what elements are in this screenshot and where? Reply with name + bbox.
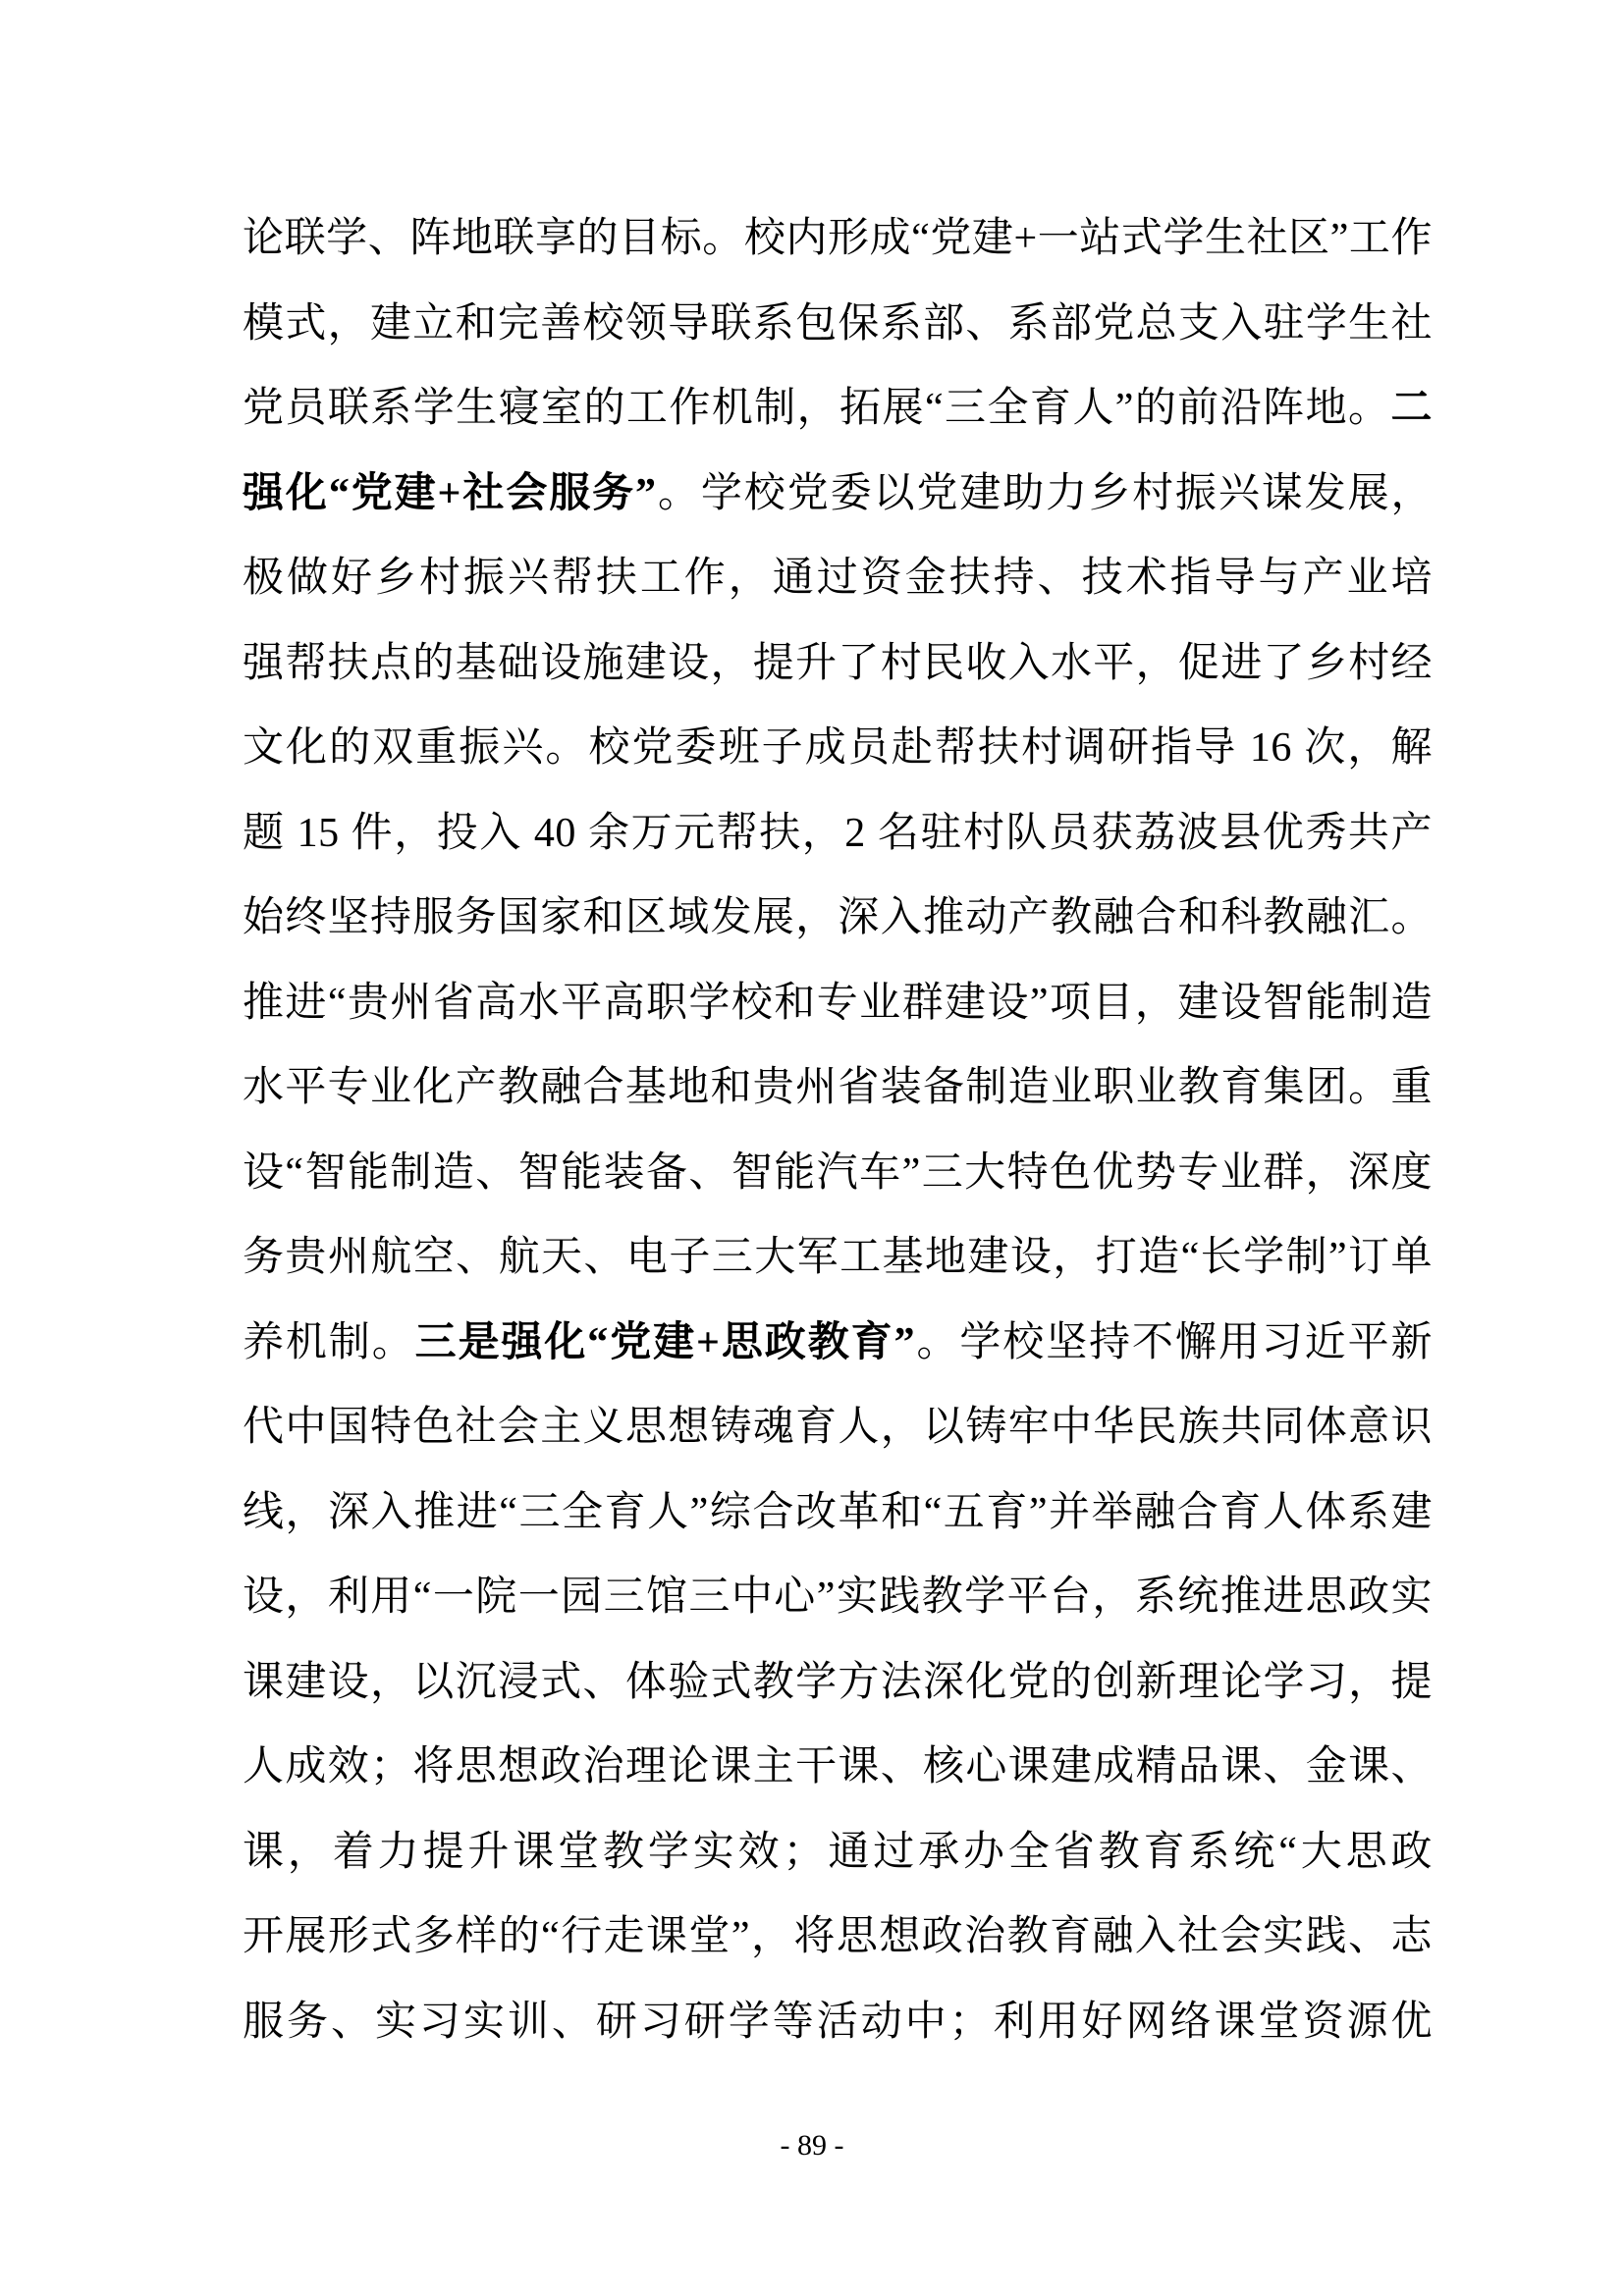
text-segment: 题 15 件，投入 40 余万元帮扶，2 名驻村队员获荔波县优秀共产党员。 (243, 811, 1433, 877)
text-segment: 始终坚持服务国家和区域发展，深入推动产教融合和科教融汇。持续 (243, 895, 1433, 961)
text-line: 极做好乡村振兴帮扶工作，通过资金扶持、技术指导与产业培育，加 (243, 536, 1433, 621)
text-line: 服务、实习实训、研习研学等活动中；利用好网络课堂资源优势，思 (243, 1980, 1433, 2065)
text-line: 推进“贵州省高水平高职学校和专业群建设”项目，建设智能制造高 (243, 961, 1433, 1046)
text-line: 模式，建立和完善校领导联系包保系部、系部党总支入驻学生社区、 (243, 282, 1433, 367)
text-line: 文化的双重振兴。校党委班子成员赴帮扶村调研指导 16 次，解决问 (243, 706, 1433, 791)
text-line: 开展形式多样的“行走课堂”，将思想政治教育融入社会实践、志愿 (243, 1895, 1433, 1980)
text-line: 课建设，以沉浸式、体验式教学方法深化党的创新理论学习，提升育 (243, 1640, 1433, 1726)
text-segment: 代中国特色社会主义思想铸魂育人，以铸牢中华民族共同体意识为主 (243, 1405, 1433, 1470)
text-line: 强帮扶点的基础设施建设，提升了村民收入水平，促进了乡村经济与 (243, 621, 1433, 707)
text-segment: 极做好乡村振兴帮扶工作，通过资金扶持、技术指导与产业培育，加 (243, 556, 1433, 621)
bold-text-segment: 强化“党建+社会服务” (243, 471, 657, 516)
text-line: 题 15 件，投入 40 余万元帮扶，2 名驻村队员获荔波县优秀共产党员。 (243, 791, 1433, 877)
text-segment: 党员联系学生寝室的工作机制，拓展“三全育人”的前沿阵地。 (243, 386, 1390, 431)
text-line: 党员联系学生寝室的工作机制，拓展“三全育人”的前沿阵地。二是 (243, 366, 1433, 452)
text-segment: 设，利用“一院一园三馆三中心”实践教学平台，系统推进思政实践 (243, 1575, 1433, 1640)
text-line: 务贵州航空、航天、电子三大军工基地建设，打造“长学制”订单培 (243, 1215, 1433, 1301)
page-body-text: 论联学、阵地联享的目标。校内形成“党建+一站式学生社区”工作模式，建立和完善校领… (243, 196, 1433, 2064)
text-segment: 设“智能制造、智能装备、智能汽车”三大特色优势专业群，深度服 (243, 1150, 1433, 1216)
text-segment: 课，着力提升课堂教学实效；通过承办全省教育系统“大思政课”， (243, 1830, 1433, 1896)
text-line: 课，着力提升课堂教学实效；通过承办全省教育系统“大思政课”， (243, 1810, 1433, 1896)
text-segment: 线，深入推进“三全育人”综合改革和“五育”并举融合育人体系建 (243, 1490, 1433, 1535)
text-segment: 服务、实习实训、研习研学等活动中；利用好网络课堂资源优势，思 (243, 2000, 1433, 2065)
text-segment: 水平专业化产教融合基地和贵州省装备制造业职业教育集团。重点建 (243, 1065, 1433, 1131)
text-line: 论联学、阵地联享的目标。校内形成“党建+一站式学生社区”工作 (243, 196, 1433, 282)
text-line: 水平专业化产教融合基地和贵州省装备制造业职业教育集团。重点建 (243, 1045, 1433, 1131)
document-page: 论联学、阵地联享的目标。校内形成“党建+一站式学生社区”工作模式，建立和完善校领… (0, 0, 1624, 2296)
text-segment: 模式，建立和完善校领导联系包保系部、系部党总支入驻学生社区、 (243, 301, 1433, 367)
text-line: 养机制。三是强化“党建+思政教育”。学校坚持不懈用习近平新时 (243, 1301, 1433, 1386)
text-segment: 人成效；将思想政治理论课主干课、核心课建成精品课、金课、优质 (243, 1744, 1433, 1810)
text-line: 设，利用“一院一园三馆三中心”实践教学平台，系统推进思政实践 (243, 1555, 1433, 1640)
text-line: 强化“党建+社会服务”。学校党委以党建助力乡村振兴谋发展，积 (243, 452, 1433, 537)
text-line: 设“智能制造、智能装备、智能汽车”三大特色优势专业群，深度服 (243, 1131, 1433, 1216)
text-segment: 课建设，以沉浸式、体验式教学方法深化党的创新理论学习，提升育 (243, 1660, 1433, 1726)
bold-text-segment: 三是强化“党建+思政教育” (415, 1320, 915, 1365)
text-line: 代中国特色社会主义思想铸魂育人，以铸牢中华民族共同体意识为主 (243, 1385, 1433, 1470)
text-segment: 开展形式多样的“行走课堂”，将思想政治教育融入社会实践、志愿 (243, 1914, 1433, 1980)
text-segment: 文化的双重振兴。校党委班子成员赴帮扶村调研指导 16 次，解决问 (243, 725, 1433, 791)
text-segment: 论联学、阵地联享的目标。校内形成“党建+一站式学生社区”工作 (243, 216, 1433, 261)
text-line: 始终坚持服务国家和区域发展，深入推动产教融合和科教融汇。持续 (243, 876, 1433, 961)
text-segment: 养机制。 (243, 1320, 415, 1365)
text-segment: 务贵州航空、航天、电子三大军工基地建设，打造“长学制”订单培 (243, 1235, 1433, 1301)
text-line: 线，深入推进“三全育人”综合改革和“五育”并举融合育人体系建 (243, 1470, 1433, 1556)
page-footer: - 89 - (0, 2128, 1624, 2163)
text-segment: 强帮扶点的基础设施建设，提升了村民收入水平，促进了乡村经济与 (243, 641, 1433, 707)
page-number: - 89 - (781, 2129, 844, 2162)
text-segment: 推进“贵州省高水平高职学校和专业群建设”项目，建设智能制造高 (243, 981, 1433, 1046)
text-line: 人成效；将思想政治理论课主干课、核心课建成精品课、金课、优质 (243, 1725, 1433, 1810)
